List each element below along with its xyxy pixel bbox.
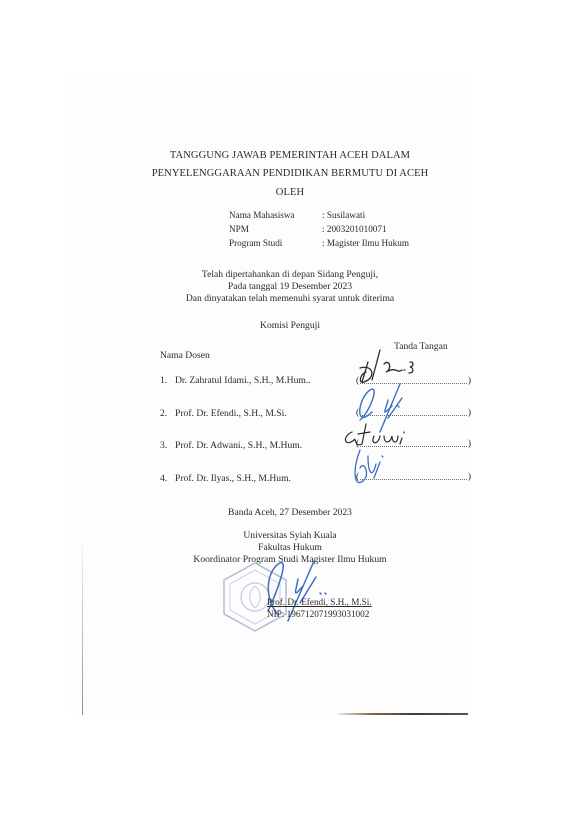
statement-line-1: Telah dipertahankan di depan Sidang Peng… — [150, 269, 430, 280]
examiner-name: Prof. Dr. Ilyas., S.H., M.Hum. — [175, 473, 291, 484]
examiner-name: Prof. Dr. Efendi., S.H., M.Si. — [175, 408, 287, 419]
lecturer-column-header: Nama Dosen — [160, 350, 210, 361]
program-label: Program Studi — [229, 238, 282, 248]
university-name: Universitas Syiah Kuala — [150, 530, 430, 541]
committee-heading: Komisi Penguji — [150, 320, 430, 331]
program-value: : Magister Ilmu Hukum — [322, 238, 409, 248]
examiner-name: Dr. Zahratul Idami., S.H., M.Hum.. — [175, 375, 311, 386]
examiner-name: Prof. Dr. Adwani., S.H., M.Hum. — [175, 440, 302, 451]
statement-line-3: Dan dinyatakan telah memenuhi syarat unt… — [150, 293, 430, 304]
student-name-label: Nama Mahasiswa — [229, 210, 295, 220]
examiner-number: 2. — [160, 408, 167, 419]
page-edge-bottom — [338, 713, 468, 715]
thesis-title-line-1: TANGGUNG JAWAB PEMERINTAH ACEH DALAM — [150, 150, 430, 161]
examiner-number: 1. — [160, 375, 167, 386]
statement-line-2: Pada tanggal 19 Desember 2023 — [150, 281, 430, 292]
npm-value: : 2003201010071 — [322, 224, 387, 234]
handwritten-signatures — [340, 340, 470, 505]
thesis-title-line-2: PENYELENGGARAAN PENDIDIKAN BERMUTU DI AC… — [150, 168, 430, 179]
npm-label: NPM — [229, 224, 249, 234]
faculty-name: Fakultas Hukum — [150, 542, 430, 553]
page-edge-left — [82, 545, 83, 715]
place-date: Banda Aceh, 27 Desember 2023 — [150, 507, 430, 518]
examiner-number: 4. — [160, 473, 167, 484]
examiner-number: 3. — [160, 440, 167, 451]
signer-nip: NIP: 196712071993031002 — [267, 609, 369, 619]
signer-name: Prof. Dr. Efendi, S.H., M.Si. — [267, 597, 372, 607]
by-label: OLEH — [150, 187, 430, 198]
student-name-value: : Susilawati — [322, 210, 365, 220]
